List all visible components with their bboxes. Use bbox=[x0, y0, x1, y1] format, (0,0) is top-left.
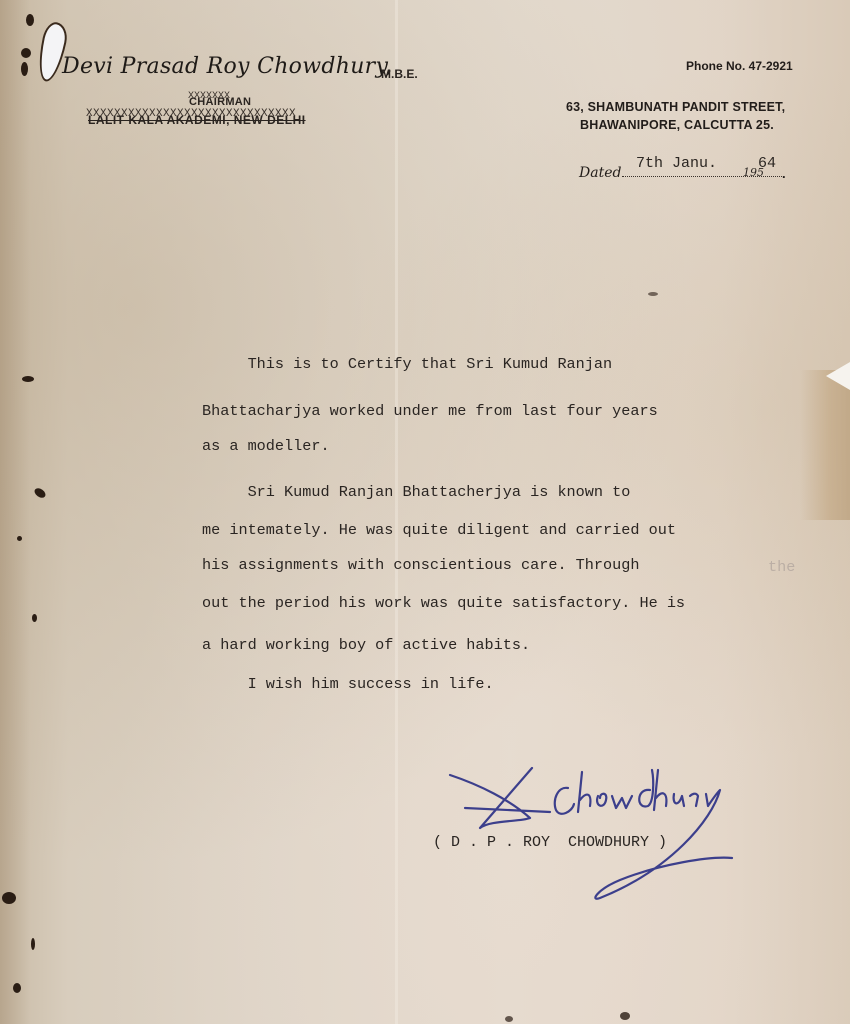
date-year: 64 bbox=[758, 155, 776, 172]
body-line: as a modeller. bbox=[202, 437, 330, 455]
phone-number: Phone No. 47-2921 bbox=[686, 59, 793, 73]
address-line-2: BHAWANIPORE, CALCUTTA 25. bbox=[580, 118, 774, 132]
letterhead-title: CHAIRMAN bbox=[189, 96, 251, 108]
paper-stain bbox=[800, 370, 850, 520]
letterhead-name: Devi Prasad Roy Chowdhury, bbox=[62, 54, 393, 79]
body-faded-text: the bbox=[768, 558, 795, 576]
paper-edge-shadow bbox=[0, 0, 30, 1024]
paper-blemish bbox=[505, 1016, 513, 1022]
body-line: I wish him success in life. bbox=[202, 675, 494, 693]
punch-hole bbox=[21, 48, 31, 58]
punch-hole bbox=[26, 14, 34, 26]
paper-blemish bbox=[620, 1012, 630, 1020]
letterhead-honour: M.B.E. bbox=[381, 67, 418, 81]
address-line-1: 63, SHAMBUNATH PANDIT STREET, bbox=[566, 100, 785, 114]
paper-tear bbox=[826, 362, 850, 390]
paper-blemish bbox=[22, 376, 34, 382]
paper-blemish bbox=[32, 614, 37, 622]
punch-hole bbox=[13, 983, 21, 993]
body-line: This is to Certify that Sri Kumud Ranjan bbox=[202, 355, 612, 373]
body-line: Bhattacharjya worked under me from last … bbox=[202, 402, 658, 420]
paper-fold-line bbox=[395, 0, 398, 1024]
dated-label: Dated bbox=[579, 165, 621, 181]
punch-hole bbox=[21, 62, 28, 76]
paper-blemish bbox=[17, 536, 22, 541]
date-value: 7th Janu. bbox=[636, 155, 717, 172]
paper-blemish bbox=[648, 292, 658, 296]
body-line: his assignments with conscientious care.… bbox=[202, 556, 639, 574]
punch-hole bbox=[2, 892, 16, 904]
certificate-letter: Devi Prasad Roy Chowdhury, M.B.E. XXXXXX… bbox=[0, 0, 850, 1024]
typed-signatory-name: ( D . P . ROY CHOWDHURY ) bbox=[433, 834, 667, 851]
paper-blemish bbox=[31, 938, 35, 950]
date-trailing-period: . bbox=[782, 166, 786, 181]
body-line: me intemately. He was quite diligent and… bbox=[202, 521, 676, 539]
body-line: Sri Kumud Ranjan Bhattacherjya is known … bbox=[202, 483, 630, 501]
struck-organisation-overtype: XXXXXXXXXXXXXXXXXXXXXXXXXXXXXX bbox=[86, 108, 296, 120]
body-line: out the period his work was quite satisf… bbox=[202, 594, 685, 612]
body-line: a hard working boy of active habits. bbox=[202, 636, 530, 654]
paper-blemish bbox=[33, 486, 47, 499]
